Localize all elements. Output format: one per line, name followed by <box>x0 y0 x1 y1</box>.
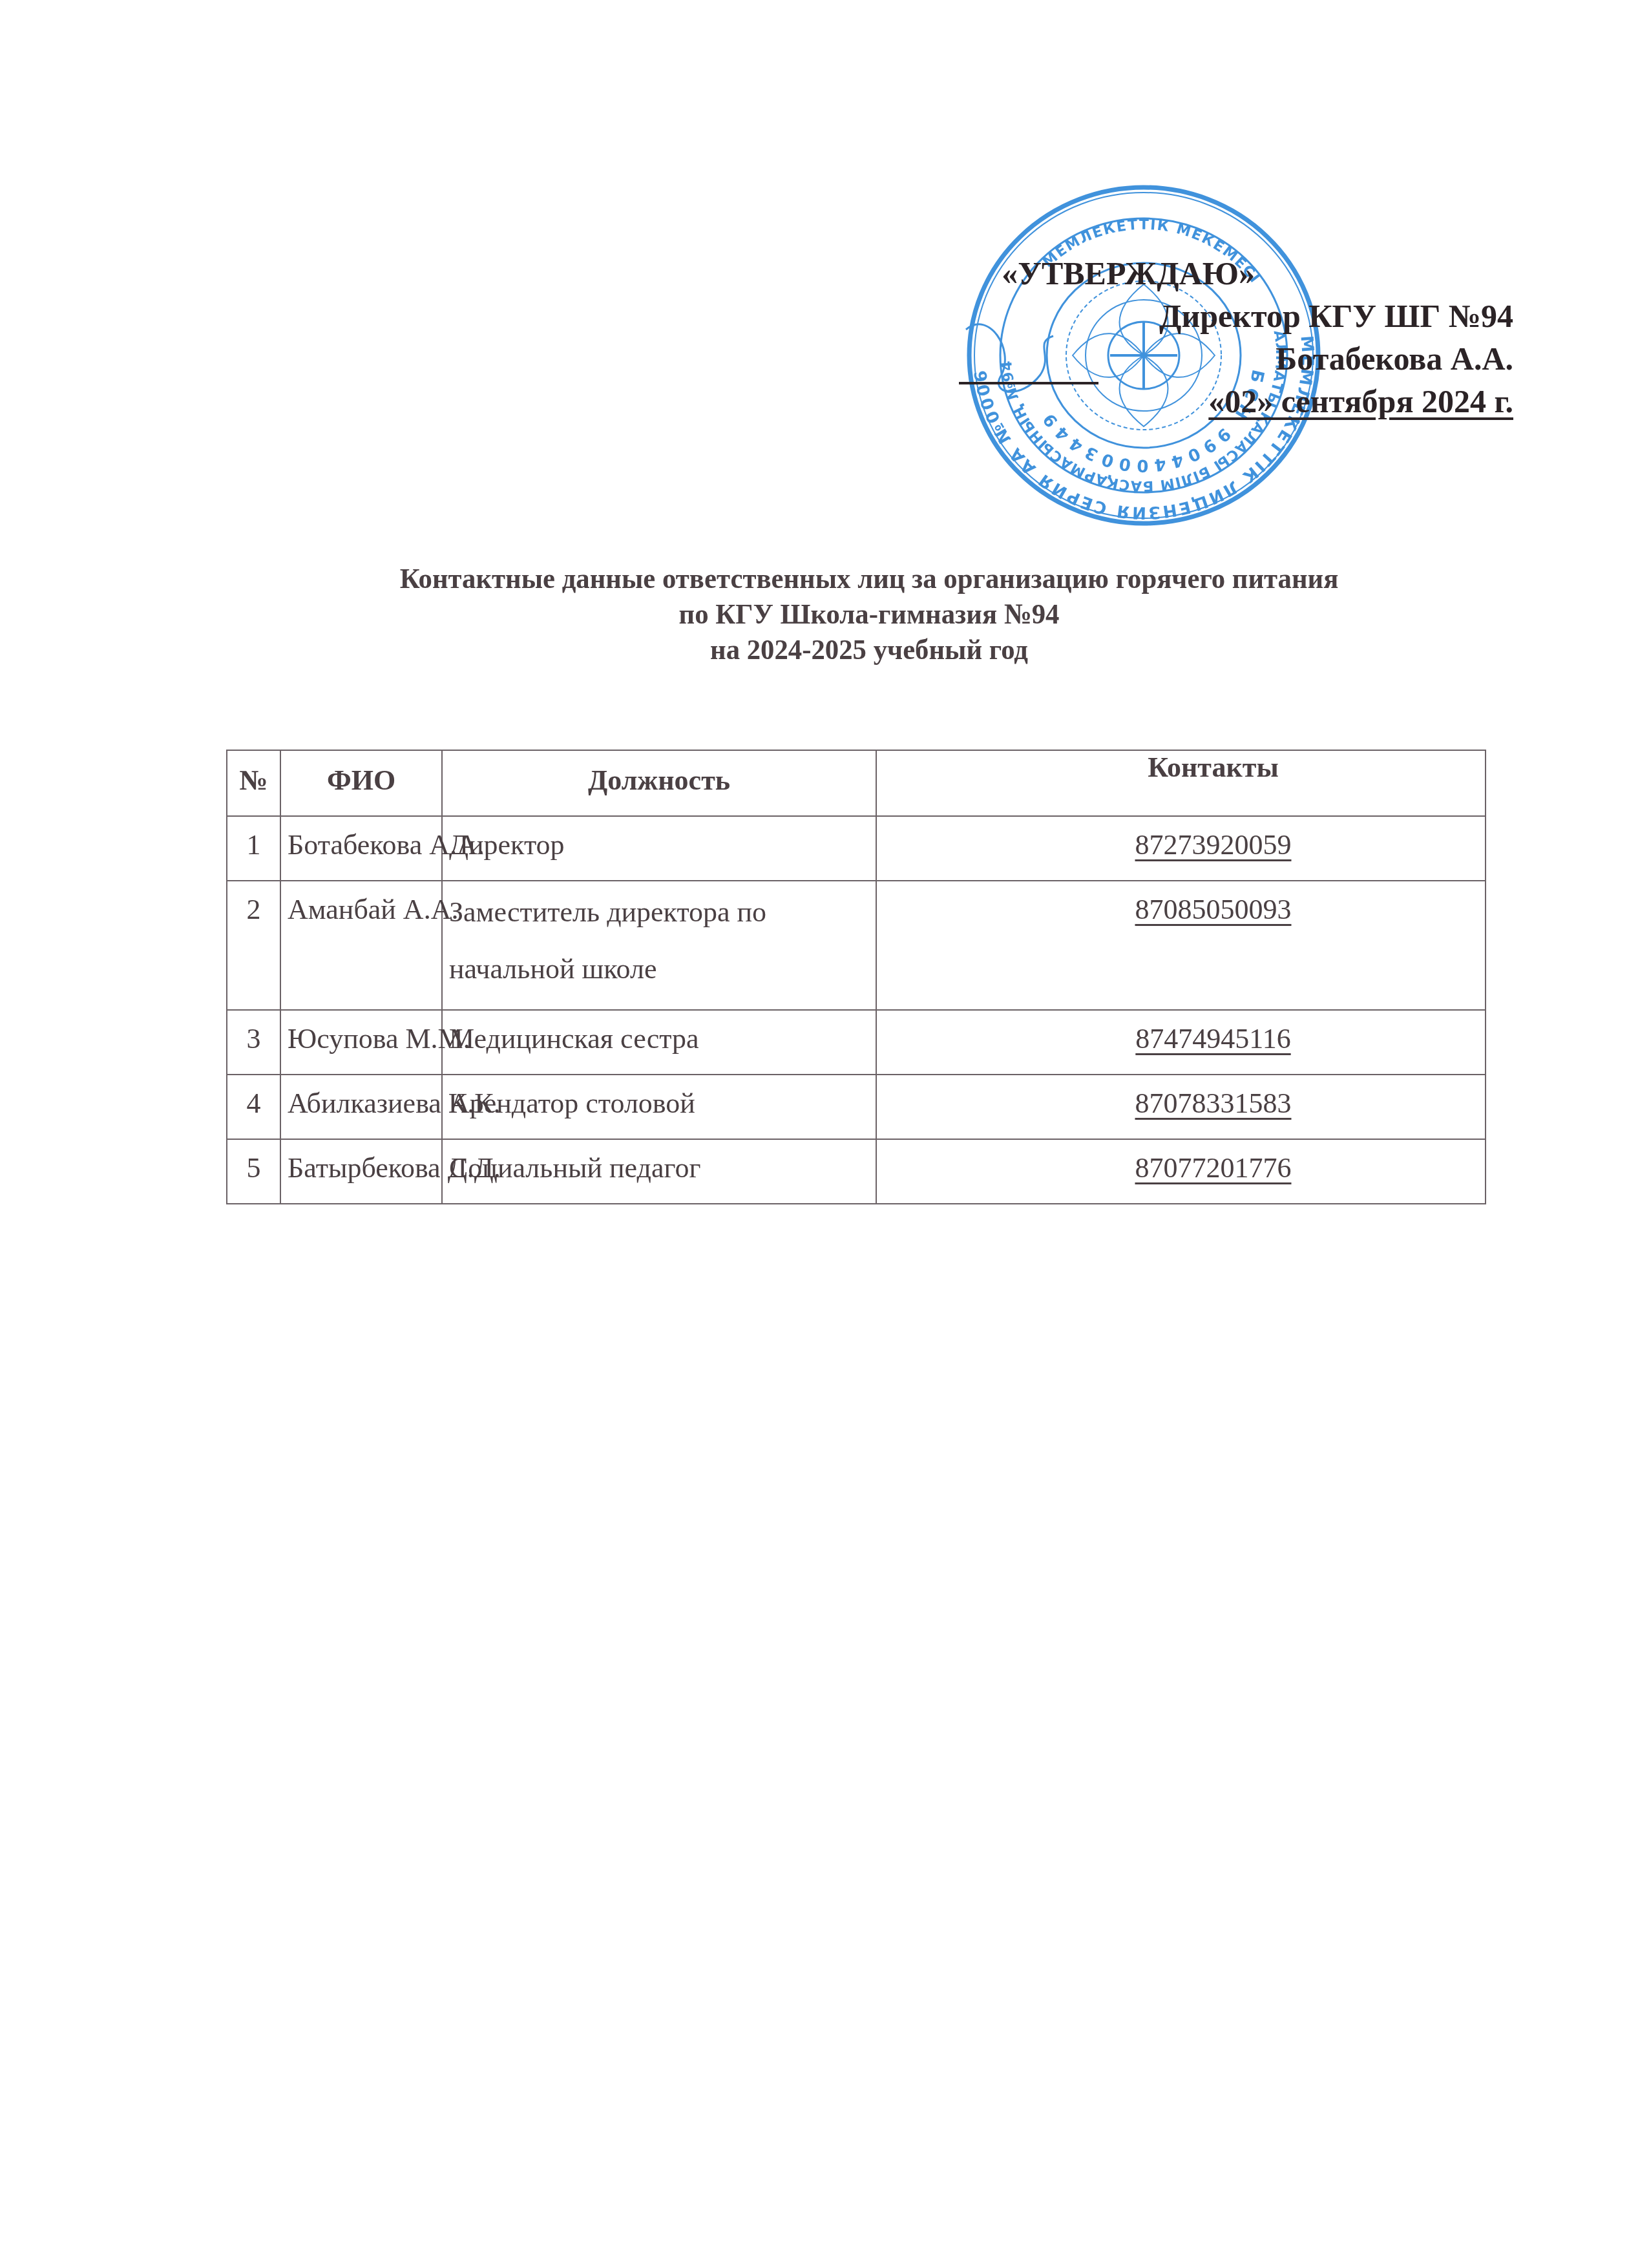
approver-position: Директор КГУ ШГ №94 <box>932 295 1513 337</box>
phone-number: 87273920059 <box>1135 819 1292 868</box>
table-header-row: № ФИО Должность Контакты <box>227 750 1486 816</box>
header-number: № <box>227 750 280 816</box>
row-name: Ботабекова А.А. <box>280 816 442 881</box>
row-number: 3 <box>227 1010 280 1075</box>
header-name: ФИО <box>280 750 442 816</box>
row-number: 4 <box>227 1075 280 1139</box>
phone-number: 87078331583 <box>1135 1077 1292 1126</box>
row-contact: 87273920059 <box>876 816 1486 881</box>
row-contact: 87085050093 <box>876 881 1486 1010</box>
table-row: 2 Аманбай А.А. Заместитель директора по … <box>227 881 1486 1010</box>
row-position: Медицинская сестра <box>442 1010 876 1075</box>
row-number: 1 <box>227 816 280 881</box>
row-name: Батырбекова Д.Д. <box>280 1139 442 1204</box>
row-position: Социальный педагог <box>442 1139 876 1204</box>
approval-block: «УТВЕРЖДАЮ» Директор КГУ ШГ №94 Ботабеко… <box>932 252 1513 423</box>
row-name: Аманбай А.А. <box>280 881 442 1010</box>
table-row: 4 Абилказиева К.К. Арендатор столовой 87… <box>227 1075 1486 1139</box>
row-name: Юсупова М.М. <box>280 1010 442 1075</box>
phone-number: 87085050093 <box>1135 883 1292 932</box>
title-line-1: Контактные данные ответственных лиц за о… <box>227 561 1511 596</box>
approver-name: Ботабекова А.А. <box>932 337 1513 380</box>
contacts-table: № ФИО Должность Контакты 1 Ботабекова А.… <box>226 750 1486 1204</box>
document-page: МЕМЛЕКЕТТІК ЛИЦЕНЗИЯ СЕРИЯ АА №0006 АЛМА… <box>0 0 1649 2268</box>
row-contact: 87474945116 <box>876 1010 1486 1075</box>
position-line-1: Заместитель директора по <box>449 884 876 941</box>
table-row: 5 Батырбекова Д.Д. Социальный педагог 87… <box>227 1139 1486 1204</box>
row-position: Директор <box>442 816 876 881</box>
row-name: Абилказиева К.К. <box>280 1075 442 1139</box>
row-position: Заместитель директора по начальной школе <box>442 881 876 1010</box>
row-contact: 87077201776 <box>876 1139 1486 1204</box>
phone-number: 87474945116 <box>1135 1013 1290 1062</box>
approval-date: «02» сентября 2024 г. <box>932 380 1513 423</box>
header-position: Должность <box>442 750 876 816</box>
row-number: 2 <box>227 881 280 1010</box>
table-row: 3 Юсупова М.М. Медицинская сестра 874749… <box>227 1010 1486 1075</box>
row-contact: 87078331583 <box>876 1075 1486 1139</box>
approval-heading: «УТВЕРЖДАЮ» <box>932 252 1517 295</box>
header-contacts: Контакты <box>876 750 1486 816</box>
title-line-2: по КГУ Школа-гимназия №94 <box>227 596 1511 632</box>
table-row: 1 Ботабекова А.А. Директор 87273920059 <box>227 816 1486 881</box>
position-line-2: начальной школе <box>449 941 876 998</box>
title-line-3: на 2024-2025 учебный год <box>227 632 1511 667</box>
phone-number: 87077201776 <box>1135 1142 1292 1191</box>
document-title: Контактные данные ответственных лиц за о… <box>227 561 1511 667</box>
signature-line <box>959 382 1098 384</box>
row-position: Арендатор столовой <box>442 1075 876 1139</box>
row-number: 5 <box>227 1139 280 1204</box>
